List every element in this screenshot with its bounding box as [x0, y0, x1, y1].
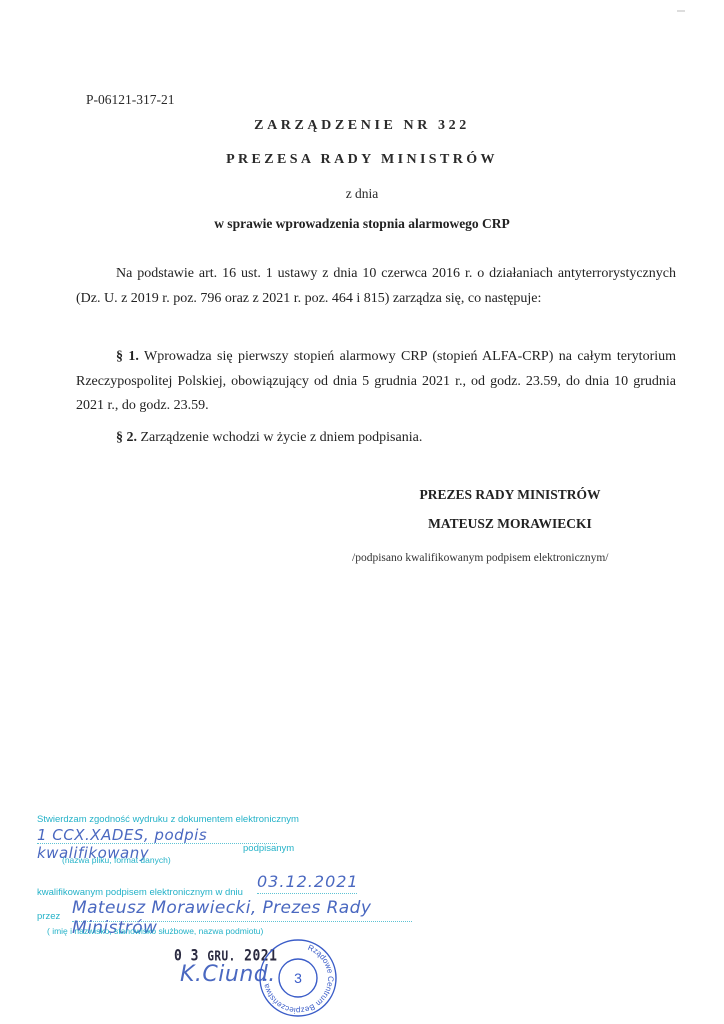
section-2-mark: § 2. — [116, 430, 137, 445]
document-issuer: PREZESA RADY MINISTRÓW — [0, 152, 724, 168]
section-1-mark: § 1. — [116, 349, 139, 364]
certification-statement: Stwierdzam zgodność wydruku z dokumentem… — [37, 814, 299, 825]
signatory-role: PREZES RADY MINISTRÓW — [340, 487, 680, 503]
preamble-paragraph: Na podstawie art. 16 ust. 1 ustawy z dni… — [76, 262, 676, 311]
file-field-label: (nazwa pliku, format danych) — [62, 855, 171, 865]
handwritten-signer: Mateusz Morawiecki, Prezes Rady Ministró… — [72, 898, 412, 922]
handwritten-signed-date: 03.12.2021 — [257, 872, 357, 894]
handwritten-file-name: 1 CCX.XADES, podpis kwalifikowany — [37, 826, 277, 844]
certification-file-tail: podpisanym — [243, 843, 294, 854]
signature-note: /podpisano kwalifikowanym podpisem elekt… — [352, 552, 608, 564]
signatory-name: MATEUSZ MORAWIECKI — [340, 516, 680, 532]
signer-field-label: ( imię i nazwisko, stanowisko służbowe, … — [47, 926, 263, 936]
svg-text:3: 3 — [294, 970, 302, 986]
scan-artifact — [677, 10, 685, 12]
official-seal-icon: Rządowe Centrum Bezpieczeństwa • 3 — [257, 937, 339, 1019]
section-1-text: Wprowadza się pierwszy stopień alarmowy … — [76, 349, 676, 413]
document-title: ZARZĄDZENIE NR 322 — [0, 118, 724, 134]
section-2-text: Zarządzenie wchodzi w życie z dniem podp… — [137, 430, 422, 445]
section-2-paragraph: § 2. Zarządzenie wchodzi w życie z dniem… — [76, 426, 676, 451]
certification-by-prefix: przez — [37, 911, 60, 922]
certification-signed-with: kwalifikowanym podpisem elektronicznym w… — [37, 887, 243, 898]
date-line: z dnia — [0, 186, 724, 202]
reference-number: P-06121-317-21 — [86, 92, 175, 108]
document-subject: w sprawie wprowadzenia stopnia alarmoweg… — [0, 216, 724, 232]
section-1-paragraph: § 1. Wprowadza się pierwszy stopień alar… — [76, 345, 676, 419]
